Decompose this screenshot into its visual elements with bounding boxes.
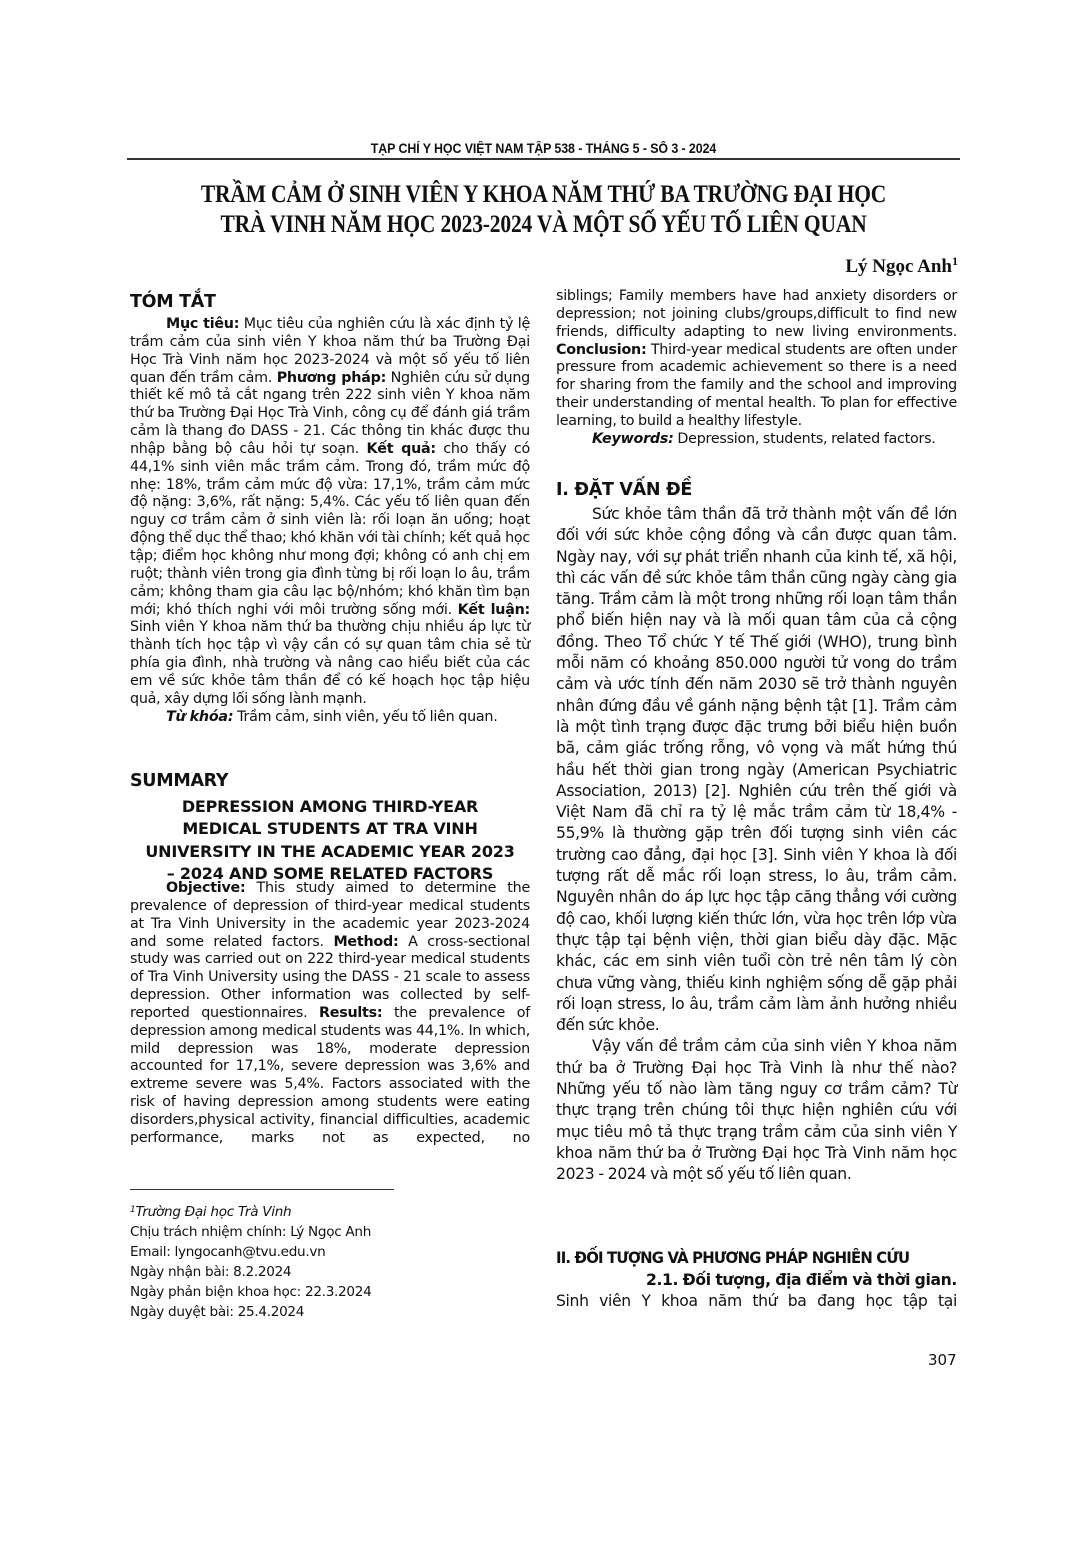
results-en-text: the prevalence of depression among medic… (130, 1005, 530, 1146)
abstract-en-paragraph-continued: siblings; Family members have had anxiet… (556, 288, 957, 431)
page-number: 307 (928, 1351, 957, 1369)
section-2-heading: II. ĐỐI TƯỢNG VÀ PHƯƠNG PHÁP NGHIÊN CỨU (556, 1248, 909, 1267)
article-title-line-2: TRÀ VINH NĂM HỌC 2023-2024 VÀ MỘT SỐ YẾU… (185, 210, 901, 240)
footnotes: 1Trường Đại học Trà Vinh Chịu trách nhiệ… (130, 1200, 371, 1322)
keywords-vi-text: Trầm cảm, sinh viên, yếu tố liên quan. (233, 709, 497, 725)
english-title-line: MEDICAL STUDENTS AT TRA VINH (130, 818, 530, 840)
objective-label: Mục tiêu: (166, 316, 239, 332)
header-divider (127, 158, 960, 160)
keywords-vi-label: Từ khóa: (166, 709, 233, 725)
abstract-vi-body: Mục tiêu: Mục tiêu của nghiên cứu là xác… (130, 316, 530, 726)
affiliation: 1Trường Đại học Trà Vinh (130, 1200, 371, 1222)
english-title-line: UNIVERSITY IN THE ACADEMIC YEAR 2023 (130, 841, 530, 863)
summary-heading: SUMMARY (130, 771, 228, 791)
method-en-label: Method: (333, 934, 398, 950)
affiliation-text: Trường Đại học Trà Vinh (135, 1204, 291, 1220)
keywords-en: Keywords: Depression, students, related … (556, 431, 957, 449)
keywords-vi: Từ khóa: Trầm cảm, sinh viên, yếu tố liê… (130, 709, 530, 727)
keywords-en-label: Keywords: (592, 431, 674, 447)
author-name-text: Lý Ngọc Anh (845, 256, 952, 277)
abstract-en-continued: siblings; Family members have had anxiet… (556, 288, 957, 449)
method-label: Phương pháp: (277, 370, 386, 386)
footnote-divider (130, 1189, 394, 1190)
conclusion-label: Kết luận: (458, 602, 530, 618)
subsection-2-1-heading: 2.1. Đối tượng, địa điểm và thời gian. (556, 1270, 957, 1291)
english-title: DEPRESSION AMONG THIRD-YEAR MEDICAL STUD… (130, 796, 530, 886)
reviewed-date: Ngày phản biện khoa học: 22.3.2024 (130, 1282, 371, 1302)
section-1-paragraph-1: Sức khỏe tâm thần đã trở thành một vấn đ… (556, 504, 957, 1036)
english-title-line: DEPRESSION AMONG THIRD-YEAR (130, 796, 530, 818)
abstract-vi-heading: TÓM TẮT (130, 292, 216, 312)
journal-running-header: TẠP CHÍ Y HỌC VIỆT NAM TẬP 538 - THÁNG 5… (160, 141, 926, 156)
author-affiliation-mark: 1 (952, 254, 958, 268)
conclusion-en-label: Conclusion: (556, 342, 646, 358)
received-date: Ngày nhận bài: 8.2.2024 (130, 1262, 371, 1282)
keywords-en-text: Depression, students, related factors. (674, 431, 936, 447)
article-title-line-1: TRẦM CẢM Ở SINH VIÊN Y KHOA NĂM THỨ BA T… (185, 180, 901, 210)
results-en-label: Results: (319, 1005, 382, 1021)
accepted-date: Ngày duyệt bài: 25.4.2024 (130, 1302, 371, 1322)
section-2-text: Sinh viên Y khoa năm thứ ba đang học tập… (556, 1291, 957, 1312)
objective-en-label: Objective: (166, 880, 245, 896)
section-1-body: Sức khỏe tâm thần đã trở thành một vấn đ… (556, 504, 957, 1186)
corresponding-author: Chịu trách nhiệm chính: Lý Ngọc Anh (130, 1222, 371, 1242)
results-text: cho thấy có 44,1% sinh viên mắc trầm cảm… (130, 441, 530, 618)
abstract-en-paragraph: Objective: This study aimed to determine… (130, 880, 530, 1148)
abstract-vi-paragraph: Mục tiêu: Mục tiêu của nghiên cứu là xác… (130, 316, 530, 709)
section-2-body: 2.1. Đối tượng, địa điểm và thời gian. S… (556, 1270, 957, 1313)
author-name: Lý Ngọc Anh1 (845, 254, 958, 278)
conclusion-text: Sinh viên Y khoa năm thứ ba thường chịu … (130, 619, 530, 706)
abstract-en-body: Objective: This study aimed to determine… (130, 880, 530, 1148)
article-title: TRẦM CẢM Ở SINH VIÊN Y KHOA NĂM THỨ BA T… (185, 180, 901, 240)
section-1-paragraph-2: Vậy vấn đề trầm cảm của sinh viên Y khoa… (556, 1036, 957, 1185)
section-1-heading: I. ĐẶT VẤN ĐỀ (556, 480, 692, 500)
email: Email: lyngocanh@tvu.edu.vn (130, 1242, 371, 1262)
results-en-text-continued: siblings; Family members have had anxiet… (556, 288, 957, 340)
results-label: Kết quả: (366, 441, 435, 457)
